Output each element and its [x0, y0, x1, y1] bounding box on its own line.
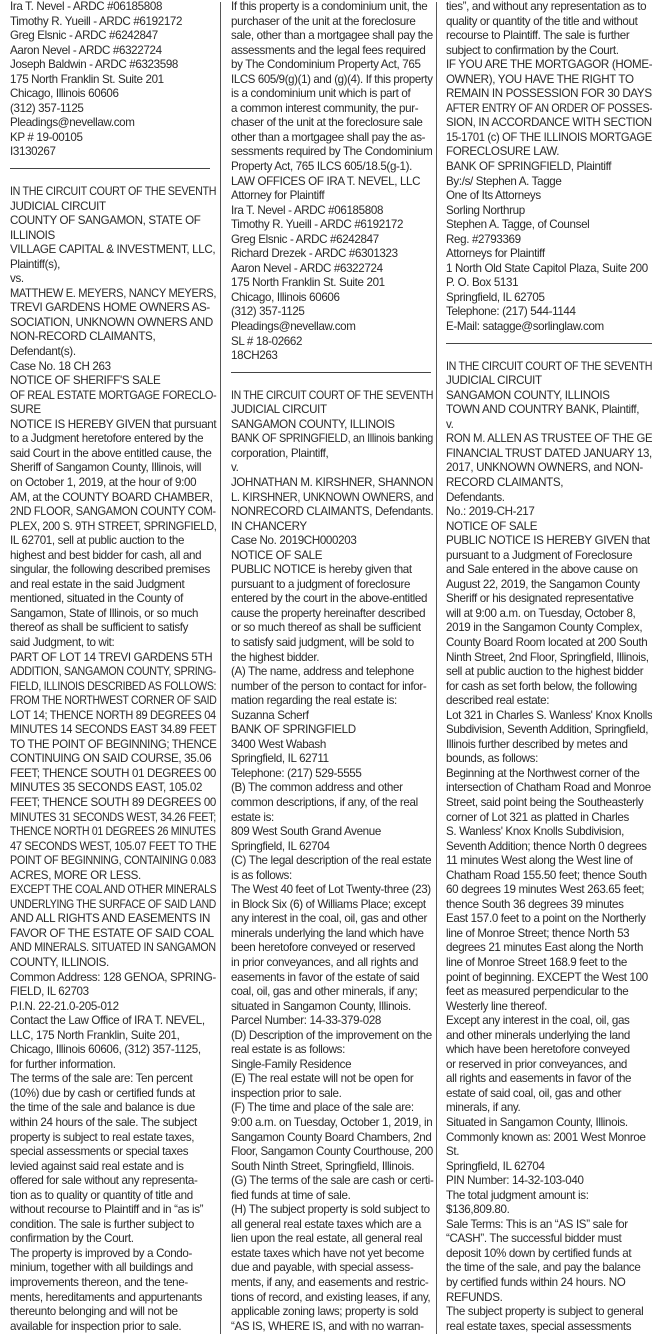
notice-text-line: and other minerals underlying the land — [446, 1029, 646, 1044]
notice-text-line: lien upon the real estate, all general r… — [231, 1232, 427, 1247]
notice-text-line: 175 North Franklin St. Suite 201 — [10, 73, 210, 88]
notice-text-line: 15-1701 (c) OF THE ILLINOIS MORTGAGE — [446, 131, 639, 146]
legal-notice-continuation: If this property is a condominium unit, … — [231, 0, 427, 364]
legal-notice: IN THE CIRCUIT COURT OF THE SEVENTHJUDIC… — [10, 185, 210, 1334]
notice-text-line: (312) 357-1125 — [231, 305, 427, 320]
notice-text-line: Beginning at the Northwest corner of the — [446, 767, 646, 782]
notice-text-line: Single-Family Residence — [231, 1058, 427, 1073]
notice-text-line: IN THE CIRCUIT COURT OF THE SEVENTH — [231, 389, 409, 404]
notice-text-line: COUNTY, ILLINOIS. — [10, 956, 210, 971]
notice-text-line: KP # 19-00105 — [10, 131, 210, 146]
notice-text-line: SURE — [10, 403, 210, 418]
notice-text-line: Stephen A. Tagge, of Counsel — [446, 218, 646, 233]
notice-text-line: FROM THE NORTHWEST CORNER OF SAID — [10, 694, 190, 709]
notice-text-line: THENCE NORTH 01 DEGREES 26 MINUTES — [10, 825, 191, 840]
notice-text-line: SOCIATION, UNKNOWN OWNERS AND — [10, 316, 210, 331]
notice-text-line: SL # 18-02662 — [231, 335, 427, 350]
notice-text-line: Chicago, Illinois 60606 — [231, 291, 427, 306]
notice-text-line: RON M. ALLEN AS TRUSTEE OF THE GE — [446, 432, 642, 447]
notice-text-line: and real estate in the said Judgment — [10, 578, 210, 593]
notice-text-line: a common interest community, the pur- — [231, 102, 427, 117]
notice-text-line: BANK OF SPRINGFIELD, Plaintiff — [446, 160, 646, 175]
notice-text-line: Chicago, Illinois 60606 — [10, 87, 210, 102]
notice-text-line: Reg. #2793369 — [446, 233, 646, 248]
notice-text-line: any interest in the coal, oil, gas and o… — [231, 912, 427, 927]
notice-text-line: Contact the Law Office of IRA T. NEVEL, — [10, 1014, 210, 1029]
notice-text-line: pursuant to a Judgment of Foreclosure — [446, 549, 646, 564]
notice-text-line: within 24 hours of the sale. The subject — [10, 1116, 210, 1131]
notice-text-line: degrees 21 minutes East along the North — [446, 941, 646, 956]
notice-text-line: 2ND FLOOR, SANGAMON COUNTY COM- — [10, 505, 201, 520]
notice-text-line: to a Judgment heretofore entered by the — [10, 432, 210, 447]
notice-text-line: Street, said point being the Southeaster… — [446, 796, 646, 811]
notice-text-line: the time of the sale and balance is due — [10, 1101, 210, 1116]
notice-text-line: (G) The terms of the sale are cash or ce… — [231, 1174, 426, 1189]
legal-notice: IN THE CIRCUIT COURT OF THE SEVENTHJUDIC… — [231, 389, 427, 1335]
notice-text-line: The terms of the sale are: Ten percent — [10, 1072, 210, 1087]
notice-text-line: PART OF LOT 14 TREVI GARDENS 5TH — [10, 651, 210, 666]
notice-text-line: (A) The name, address and telephone — [231, 665, 427, 680]
column-divider — [436, 2, 437, 1334]
notice-text-line: assessments and the legal fees required — [231, 44, 427, 59]
notice-text-line: TO THE POINT OF BEGINNING; THENCE — [10, 738, 206, 753]
notice-text-line: Chatham Road 155.50 feet; thence South — [446, 869, 646, 884]
notice-text-line: Sheriff or his designated representative — [446, 592, 646, 607]
notice-text-line: Defendants. — [446, 491, 646, 506]
notice-text-line: Illinois further described by metes and — [446, 738, 646, 753]
notice-text-line: P. O. Box 5131 — [446, 276, 646, 291]
notice-text-line: for further information. — [10, 1058, 210, 1073]
notice-text-line: (F) The time and place of the sale are: — [231, 1101, 427, 1116]
notice-text-line: Aaron Nevel - ARDC #6322724 — [10, 44, 210, 59]
notice-text-line: Lot 321 in Charles S. Wanless' Knox Knol… — [446, 709, 645, 724]
notice-text-line: Suzanna Scherf — [231, 709, 427, 724]
notice-text-line: ILCS 605/9(g)(1) and (g)(4). If this pro… — [231, 73, 424, 88]
notice-separator-rule — [446, 343, 652, 344]
notice-text-line: Ira T. Nevel - ARDC #06185808 — [231, 204, 427, 219]
notice-text-line: SANGAMON COUNTY, ILLINOIS — [446, 389, 646, 404]
notice-text-line: I3130267 — [10, 145, 210, 160]
notice-text-line: RECORD CLAIMANTS, — [446, 476, 646, 491]
notice-text-line: Seventh Addition; thence North 0 degrees — [446, 840, 646, 855]
notice-text-line: corporation, Plaintiff, — [231, 447, 427, 462]
notice-text-line: vs. — [10, 272, 210, 287]
notice-text-line: confirmation by the Court. — [10, 1232, 210, 1247]
notice-text-line: quality or quantity of the title and wit… — [446, 15, 646, 30]
notice-text-line: property is subject to real estate taxes… — [10, 1131, 210, 1146]
notice-text-line: ACRES, MORE OR LESS. — [10, 869, 210, 884]
notice-text-line: FIELD, IL 62703 — [10, 985, 210, 1000]
notice-text-line: (E) The real estate will not be open for — [231, 1072, 427, 1087]
notice-text-line: Sale Terms: This is an “AS IS” sale for — [446, 1218, 646, 1233]
notice-text-line: to satisfy said judgment, will be sold t… — [231, 636, 427, 651]
notice-text-line: 2019 in the Sangamon County Complex, — [446, 621, 646, 636]
notice-text-line: pursuant to a judgment of foreclosure — [231, 578, 427, 593]
notice-text-line: or so much thereof as shall be sufficien… — [231, 621, 427, 636]
notice-text-line: on October 1, 2019, at the hour of 9:00 — [10, 476, 210, 491]
notice-text-line: 809 West South Grand Avenue — [231, 825, 427, 840]
notice-text-line: offered for sale without any representa- — [10, 1174, 210, 1189]
notice-text-line: intersection of Chatham Road and Monroe — [446, 781, 646, 796]
notice-text-line: SION, IN ACCORDANCE WITH SECTION — [446, 116, 644, 131]
notice-text-line: thence South 36 degrees 39 minutes — [446, 898, 646, 913]
notice-text-line: thereof as shall be sufficient to satisf… — [10, 621, 210, 636]
notice-text-line: estate taxes which have not yet become — [231, 1247, 427, 1262]
notice-text-line: highest and best bidder for cash, all an… — [10, 549, 210, 564]
notice-text-line: AND MINERALS. SITUATED IN SANGAMON — [10, 941, 194, 956]
notice-text-line: tions of record, and existing leases, if… — [231, 1291, 427, 1306]
notice-text-line: NOTICE IS HEREBY GIVEN that pursuant — [10, 418, 210, 433]
notice-text-line: August 22, 2019, the Sangamon County — [446, 578, 646, 593]
notice-text-line: (10%) due by cash or certified funds at — [10, 1087, 210, 1102]
notice-text-line: (B) The common address and other — [231, 781, 427, 796]
notice-text-line: fied funds at time of sale. — [231, 1189, 427, 1204]
column-2: If this property is a condominium unit, … — [231, 0, 427, 1334]
notice-text-line: AND ALL RIGHTS AND EASEMENTS IN — [10, 912, 210, 927]
notice-separator-rule — [10, 168, 210, 169]
notice-text-line: deposit 10% down by certified funds at — [446, 1247, 646, 1262]
notice-text-line: is as follows: — [231, 869, 427, 884]
notice-text-line: If this property is a condominium unit, … — [231, 0, 427, 15]
notice-text-line: due and payable, with special assess- — [231, 1261, 427, 1276]
notice-text-line: Aaron Nevel - ARDC #6322724 — [231, 262, 427, 277]
notice-text-line: AFTER ENTRY OF AN ORDER OF POSSES- — [446, 102, 629, 117]
notice-text-line: improvements thereon, and the tene- — [10, 1276, 210, 1291]
notice-text-line: purchaser of the unit at the foreclosure — [231, 15, 427, 30]
notice-text-line: said Court in the above entitled cause, … — [10, 447, 210, 462]
notice-text-line: East 157.0 feet to a point on the Northe… — [446, 912, 646, 927]
notice-text-line: PUBLIC NOTICE is hereby given that — [231, 563, 427, 578]
notice-text-line: VILLAGE CAPITAL & INVESTMENT, LLC, — [10, 243, 210, 258]
notice-text-line: The total judgment amount is: — [446, 1189, 646, 1204]
notice-text-line: 60 degrees 19 minutes West 263.65 feet; — [446, 883, 646, 898]
notice-text-line: PIN Number: 14-32-103-040 — [446, 1174, 646, 1189]
notice-text-line: MINUTES 14 SECONDS EAST 34.89 FEET — [10, 723, 202, 738]
notice-text-line: is a condominium unit which is part of — [231, 87, 427, 102]
notice-text-line: Attorneys for Plaintiff — [446, 247, 646, 262]
notice-text-line: Parcel Number: 14-33-379-028 — [231, 1014, 427, 1029]
notice-text-line: Greg Elsnic - ARDC #6242847 — [231, 233, 427, 248]
notice-text-line: ments, if any, and easements and restric… — [231, 1276, 427, 1291]
notice-text-line: situated in Sangamon County, Illinois. — [231, 1000, 427, 1015]
notice-text-line: Telephone: (217) 529-5555 — [231, 767, 427, 782]
notice-text-line: described real estate: — [446, 694, 646, 709]
notice-text-line: 9:00 a.m. on Tuesday, October 1, 2019, i… — [231, 1116, 427, 1131]
notice-text-line: been heretofore conveyed or reserved — [231, 941, 427, 956]
notice-text-line: (312) 357-1125 — [10, 102, 210, 117]
notice-text-line: Sangamon, State of Illinois, or so much — [10, 607, 210, 622]
notice-text-line: IN CHANCERY — [231, 520, 427, 535]
column-3: ties”, and without any representation as… — [446, 0, 646, 1334]
notice-text-line: Sangamon County Board Chambers, 2nd — [231, 1131, 427, 1146]
notice-text-line: Springfield, IL 62704 — [231, 840, 427, 855]
notice-text-line: The subject property is subject to gener… — [446, 1305, 646, 1320]
notice-text-line: Property Act, 765 ILCS 605/18.5(g-1). — [231, 160, 427, 175]
notice-text-line: IN THE CIRCUIT COURT OF THE SEVENTH — [10, 185, 195, 200]
notice-text-line: JUDICIAL CIRCUIT — [10, 200, 210, 215]
notice-text-line: by The Condominium Property Act, 765 — [231, 58, 427, 73]
notice-text-line: Sheriff of Sangamon County, Illinois, wi… — [10, 461, 210, 476]
notice-text-line: LAW OFFICES OF IRA T. NEVEL, LLC — [231, 175, 427, 190]
notice-text-line: The property is improved by a Condo- — [10, 1247, 210, 1262]
notice-text-line: MINUTES 31 SECONDS WEST, 34.26 FEET; — [10, 811, 196, 826]
notice-text-line: Defendant(s). — [10, 345, 210, 360]
notice-text-line: Floor, Sangamon County Courthouse, 200 — [231, 1145, 425, 1160]
notice-text-line: in Block Six (6) of Williams Place; exce… — [231, 898, 427, 913]
notice-text-line: v. — [231, 461, 427, 476]
notice-text-line: MINUTES 35 SECONDS EAST, 105.02 — [10, 781, 210, 796]
notice-text-line: TREVI GARDENS HOME OWNERS AS- — [10, 301, 210, 316]
notice-text-line: ADDITION, SANGAMON COUNTY, SPRING- — [10, 665, 195, 680]
notice-text-line: Chicago, Illinois 60606, (312) 357-1125, — [10, 1043, 210, 1058]
notice-text-line: 2017, UNKNOWN OWNERS, and NON- — [446, 461, 646, 476]
notice-text-line: v. — [446, 418, 646, 433]
notice-text-line: the time of the sale, and pay the balanc… — [446, 1261, 646, 1276]
notice-text-line: minerals underlying the land which have — [231, 927, 427, 942]
notice-text-line: County Board Room located at 200 South — [446, 636, 646, 651]
notice-text-line: other than a mortgagee shall pay the as- — [231, 131, 427, 146]
notice-text-line: entered by the court in the above-entitl… — [231, 592, 427, 607]
notice-text-line: which have been heretofore conveyed — [446, 1043, 646, 1058]
notice-text-line: Ira T. Nevel - ARDC #06185808 — [10, 0, 210, 15]
notice-text-line: (H) The subject property is sold subject… — [231, 1203, 427, 1218]
notice-text-line: for cash as set forth below, the followi… — [446, 680, 646, 695]
notice-text-line: IN THE CIRCUIT COURT OF THE SEVENTH — [446, 360, 631, 375]
notice-text-line: NOTICE OF SALE — [446, 520, 646, 535]
notice-text-line: No.: 2019-CH-217 — [446, 505, 646, 520]
column-1: Ira T. Nevel - ARDC #06185808Timothy R. … — [10, 0, 210, 1334]
notice-text-line: NON-RECORD CLAIMANTS, — [10, 330, 210, 345]
notice-text-line: Case No. 2019CH000203 — [231, 534, 427, 549]
notice-text-line: JOHNATHAN M. KIRSHNER, SHANNON — [231, 476, 426, 491]
notice-text-line: applicable zoning laws; property is sold — [231, 1305, 427, 1320]
notice-text-line: FAVOR OF THE ESTATE OF SAID COAL — [10, 927, 210, 942]
notice-separator-rule — [231, 372, 431, 373]
notice-text-line: coal, oil, gas and other minerals, if an… — [231, 985, 427, 1000]
notice-text-line: UNDERLYING THE SURFACE OF SAID LAND — [10, 898, 188, 913]
notice-text-line: levied against said real estate and is — [10, 1160, 210, 1175]
notice-text-line: ments, hereditaments and appurtenants — [10, 1291, 210, 1306]
column-divider — [220, 2, 221, 1334]
notice-text-line: Westerly line thereof. — [446, 1000, 646, 1015]
notice-text-line: Subdivision, Seventh Addition, Springfie… — [446, 723, 646, 738]
legal-notice: IN THE CIRCUIT COURT OF THE SEVENTHJUDIC… — [446, 360, 646, 1335]
notice-text-line: Sorling Northrup — [446, 204, 646, 219]
notice-text-line: all rights and easements in favor of the — [446, 1072, 646, 1087]
notice-text-line: TOWN AND COUNTRY BANK, Plaintiff, — [446, 403, 646, 418]
notice-text-line: Telephone: (217) 544-1144 — [446, 305, 646, 320]
notice-text-line: in prior conveyances, and all rights and — [231, 956, 427, 971]
notice-text-line: 18CH263 — [231, 349, 427, 364]
notice-text-line: FORECLOSURE LAW. — [446, 145, 646, 160]
notice-text-line: BANK OF SPRINGFIELD — [231, 723, 427, 738]
notice-text-line: CONTINUING ON SAID COURSE, 35.06 — [10, 752, 210, 767]
notice-text-line: real estate taxes, special assessments — [446, 1320, 646, 1335]
notice-text-line: Timothy R. Yueill - ARDC #6192172 — [10, 15, 210, 30]
notice-text-line: E-Mail: satagge@sorlinglaw.com — [446, 320, 646, 335]
notice-text-line: minium, together with all buildings and — [10, 1261, 210, 1276]
notice-text-line: FEET; THENCE SOUTH 01 DEGREES 00 — [10, 767, 209, 782]
notice-text-line: Plaintiff(s), — [10, 258, 210, 273]
notice-text-line: NOTICE OF SHERIFF'S SALE — [10, 374, 210, 389]
notice-text-line: NOTICE OF SALE — [231, 549, 427, 564]
notice-text-line: sessments required by The Condominium — [231, 145, 427, 160]
notice-text-line: number of the person to contact for info… — [231, 680, 427, 695]
notice-text-line: said Judgment, to wit: — [10, 636, 210, 651]
notice-text-line: SANGAMON COUNTY, ILLINOIS — [231, 418, 427, 433]
notice-text-line: JUDICIAL CIRCUIT — [231, 403, 427, 418]
notice-text-line: subject to confirmation by the Court. — [446, 44, 646, 59]
notice-text-line: recourse to Plaintiff. The sale is furth… — [446, 29, 646, 44]
notice-text-line: One of Its Attorneys — [446, 189, 646, 204]
notice-text-line: minerals, if any. — [446, 1101, 646, 1116]
notice-text-line: AM, at the COUNTY BOARD CHAMBER, — [10, 491, 210, 506]
notice-text-line: without recourse to Plaintiff and in “as… — [10, 1203, 210, 1218]
notice-text-line: FIELD, ILLINOIS DESCRIBED AS FOLLOWS: — [10, 680, 192, 695]
notice-text-line: Pleadings@nevellaw.com — [10, 116, 210, 131]
notice-text-line: all general real estate taxes which are … — [231, 1218, 427, 1233]
notice-text-line: REFUNDS. — [446, 1291, 646, 1306]
notice-text-line: feet as measured perpendicular to the — [446, 985, 646, 1000]
notice-text-line: $136,809.80. — [446, 1203, 646, 1218]
notice-text-line: P.I.N. 22-21.0-205-012 — [10, 1000, 210, 1015]
notice-text-line: corner of Lot 321 as platted in Charles — [446, 811, 646, 826]
notice-text-line: and Sale entered in the above cause on — [446, 563, 646, 578]
notice-text-line: Joseph Baldwin - ARDC #6323598 — [10, 58, 210, 73]
notice-text-line: available for inspection prior to sale. — [10, 1320, 210, 1335]
notice-text-line: inspection prior to sale. — [231, 1087, 427, 1102]
notice-text-line: Except any interest in the coal, oil, ga… — [446, 1014, 646, 1029]
legal-notice-continuation: Ira T. Nevel - ARDC #06185808Timothy R. … — [10, 0, 210, 160]
notice-text-line: line of Monroe Street 168.9 feet to the — [446, 956, 646, 971]
notice-text-line: South Ninth Street, Springfield, Illinoi… — [231, 1160, 427, 1175]
notice-text-line: 175 North Franklin St. Suite 201 — [231, 276, 427, 291]
notice-text-line: bounds, as follows: — [446, 752, 646, 767]
notice-text-line: IF YOU ARE THE MORTGAGOR (HOME- — [446, 58, 646, 73]
notice-text-line: special assessments or special taxes — [10, 1145, 210, 1160]
notice-text-line: EXCEPT THE COAL AND OTHER MINERALS — [10, 883, 191, 898]
notice-text-line: Case No. 18 CH 263 — [10, 360, 210, 375]
notice-text-line: real estate is as follows: — [231, 1043, 427, 1058]
notice-text-line: NONRECORD CLAIMANTS, Defendants. — [231, 505, 426, 520]
notice-text-line: JUDICIAL CIRCUIT — [446, 374, 646, 389]
notice-text-line: (C) The legal description of the real es… — [231, 854, 427, 869]
notice-text-line: line of Monroe Street; thence North 53 — [446, 927, 646, 942]
notice-text-line: S. Wanless' Knox Knolls Subdivision, — [446, 825, 646, 840]
notice-text-line: 3400 West Wabash — [231, 738, 427, 753]
notice-text-line: sell at public auction to the highest bi… — [446, 665, 646, 680]
notice-text-line: The West 40 feet of Lot Twenty-three (23… — [231, 883, 427, 898]
legal-notices-page: Ira T. Nevel - ARDC #06185808Timothy R. … — [0, 0, 652, 1338]
notice-text-line: sale, other than a mortgagee shall pay t… — [231, 29, 427, 44]
notice-text-line: (D) Description of the improvement on th… — [231, 1029, 427, 1044]
notice-text-line: COUNTY OF SANGAMON, STATE OF — [10, 214, 210, 229]
notice-text-line: chaser of the unit at the foreclosure sa… — [231, 116, 427, 131]
notice-text-line: the highest bidder. — [231, 651, 427, 666]
notice-text-line: easements in favor of the estate of said — [231, 971, 427, 986]
notice-text-line: estate of said coal, oil, gas and other — [446, 1087, 646, 1102]
notice-text-line: PUBLIC NOTICE IS HEREBY GIVEN that — [446, 534, 646, 549]
notice-text-line: thereunto belonging and will not be — [10, 1305, 210, 1320]
notice-text-line: Pleadings@nevellaw.com — [231, 320, 427, 335]
notice-text-line: “AS IS, WHERE IS, and with no warran- — [231, 1320, 427, 1335]
notice-text-line: ILLINOIS — [10, 229, 210, 244]
notice-text-line: by certified funds within 24 hours. NO — [446, 1276, 646, 1291]
notice-text-line: 1 North Old State Capitol Plaza, Suite 2… — [446, 262, 646, 277]
notice-text-line: or reserved in prior conveyances, and — [446, 1058, 646, 1073]
notice-text-line: PLEX, 200 S. 9TH STREET, SPRINGFIELD, — [10, 520, 201, 535]
notice-text-line: IL 62701, sell at public auction to the — [10, 534, 210, 549]
notice-text-line: condition. The sale is further subject t… — [10, 1218, 210, 1233]
notice-text-line: will at 9:00 a.m. on Tuesday, October 8, — [446, 607, 646, 622]
notice-text-line: Attorney for Plaintiff — [231, 189, 427, 204]
notice-text-line: Commonly known as: 2001 West Monroe — [446, 1131, 646, 1146]
notice-text-line: common descriptions, if any, of the real — [231, 796, 427, 811]
notice-text-line: St. — [446, 1145, 646, 1160]
notice-text-line: Situated in Sangamon County, Illinois. — [446, 1116, 646, 1131]
notice-text-line: POINT OF BEGINNING, CONTAINING 0.083 — [10, 854, 196, 869]
notice-text-line: LLC, 175 North Franklin, Suite 201, — [10, 1029, 210, 1044]
notice-text-line: Springfield, IL 62711 — [231, 752, 427, 767]
notice-text-line: Richard Drezek - ARDC #6301323 — [231, 247, 427, 262]
notice-text-line: singular, the following described premis… — [10, 563, 210, 578]
notice-text-line: Ninth Street, 2nd Floor, Springfield, Il… — [446, 651, 646, 666]
notice-text-line: Timothy R. Yueill - ARDC #6192172 — [231, 218, 427, 233]
notice-text-line: ties”, and without any representation as… — [446, 0, 646, 15]
notice-text-line: Common Address: 128 GENOA, SPRING- — [10, 971, 210, 986]
notice-text-line: OF REAL ESTATE MORTGAGE FORECLO- — [10, 389, 199, 404]
notice-text-line: tion as to quality or quantity of title … — [10, 1189, 210, 1204]
notice-text-line: Springfield, IL 62704 — [446, 1160, 646, 1175]
notice-text-line: FINANCIAL TRUST DATED JANUARY 13, — [446, 447, 644, 462]
notice-text-line: mentioned, situated in the County of — [10, 592, 210, 607]
notice-text-line: estate is: — [231, 811, 427, 826]
notice-text-line: “CASH”. The successful bidder must — [446, 1232, 646, 1247]
notice-text-line: Greg Elsnic - ARDC #6242847 — [10, 29, 210, 44]
notice-text-line: point of beginning. EXCEPT the West 100 — [446, 971, 646, 986]
notice-text-line: LOT 14; THENCE NORTH 89 DEGREES 04 — [10, 709, 200, 724]
notice-text-line: OWNER), YOU HAVE THE RIGHT TO — [446, 73, 646, 88]
notice-text-line: mation regarding the real estate is: — [231, 694, 427, 709]
notice-text-line: L. KIRSHNER, UNKNOWN OWNERS, and — [231, 491, 420, 506]
notice-text-line: Springfield, IL 62705 — [446, 291, 646, 306]
notice-text-line: 11 minutes West along the West line of — [446, 854, 646, 869]
notice-text-line: cause the property hereinafter described — [231, 607, 427, 622]
notice-text-line: REMAIN IN POSSESSION FOR 30 DAYS — [446, 87, 646, 102]
notice-text-line: FEET; THENCE SOUTH 89 DEGREES 00 — [10, 796, 209, 811]
notice-text-line: MATTHEW E. MEYERS, NANCY MEYERS, — [10, 287, 202, 302]
legal-notice-continuation: ties”, and without any representation as… — [446, 0, 646, 335]
notice-text-line: BANK OF SPRINGFIELD, an Illinois banking — [231, 432, 414, 447]
notice-text-line: 47 SECONDS WEST, 105.07 FEET TO THE — [10, 840, 201, 855]
notice-text-line: By:/s/ Stephen A. Tagge — [446, 175, 646, 190]
